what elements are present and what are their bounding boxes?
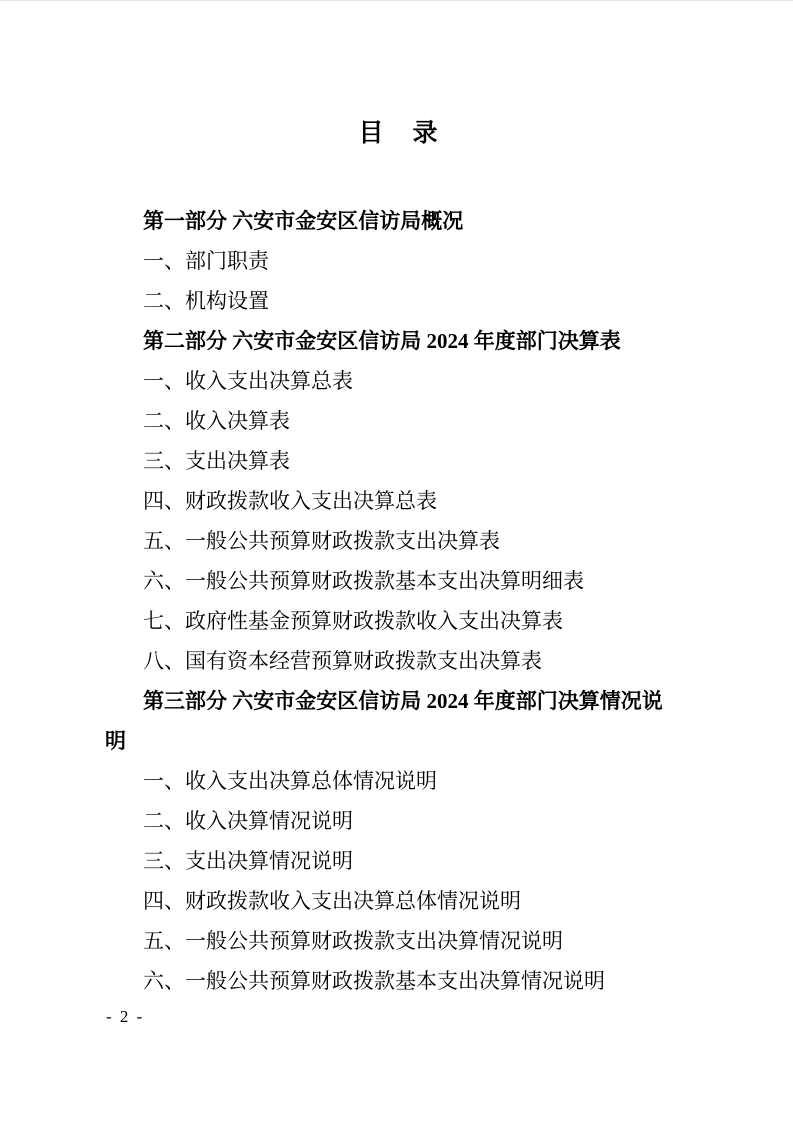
toc-section-2: 第二部分 六安市金安区信访局 2024 年度部门决算表 一、收入支出决算总表 二…: [105, 321, 693, 681]
toc-item: 六、一般公共预算财政拨款基本支出决算明细表: [105, 561, 693, 601]
page-title: 目 录: [105, 113, 693, 155]
toc-item: 八、国有资本经营预算财政拨款支出决算表: [105, 641, 693, 681]
toc-section-heading: 第二部分 六安市金安区信访局 2024 年度部门决算表: [105, 321, 693, 361]
toc-section-1: 第一部分 六安市金安区信访局概况 一、部门职责 二、机构设置: [105, 201, 693, 321]
toc-item: 二、机构设置: [105, 281, 693, 321]
toc-item: 五、一般公共预算财政拨款支出决算表: [105, 521, 693, 561]
toc-section-heading: 第三部分 六安市金安区信访局 2024 年度部门决算情况说明: [105, 681, 665, 761]
toc-item: 三、支出决算表: [105, 441, 693, 481]
toc-item: 一、部门职责: [105, 241, 693, 281]
toc-item: 三、支出决算情况说明: [105, 841, 693, 881]
toc-item: 一、收入支出决算总体情况说明: [105, 761, 693, 801]
toc-section-heading: 第一部分 六安市金安区信访局概况: [105, 201, 693, 241]
page-content: 目 录 第一部分 六安市金安区信访局概况 一、部门职责 二、机构设置 第二部分 …: [105, 1, 693, 1001]
page-number: - 2 -: [106, 1003, 144, 1031]
toc-item: 六、一般公共预算财政拨款基本支出决算情况说明: [105, 961, 693, 1001]
document-page: 目 录 第一部分 六安市金安区信访局概况 一、部门职责 二、机构设置 第二部分 …: [0, 0, 793, 1123]
toc-item: 五、一般公共预算财政拨款支出决算情况说明: [105, 921, 693, 961]
toc-item: 四、财政拨款收入支出决算总表: [105, 481, 693, 521]
toc-item: 一、收入支出决算总表: [105, 361, 693, 401]
toc-item: 二、收入决算情况说明: [105, 801, 693, 841]
toc-item: 七、政府性基金预算财政拨款收入支出决算表: [105, 601, 693, 641]
table-of-contents: 第一部分 六安市金安区信访局概况 一、部门职责 二、机构设置 第二部分 六安市金…: [105, 201, 693, 1001]
toc-item: 四、财政拨款收入支出决算总体情况说明: [105, 881, 693, 921]
toc-item: 二、收入决算表: [105, 401, 693, 441]
toc-section-3: 第三部分 六安市金安区信访局 2024 年度部门决算情况说明 一、收入支出决算总…: [105, 681, 693, 1001]
